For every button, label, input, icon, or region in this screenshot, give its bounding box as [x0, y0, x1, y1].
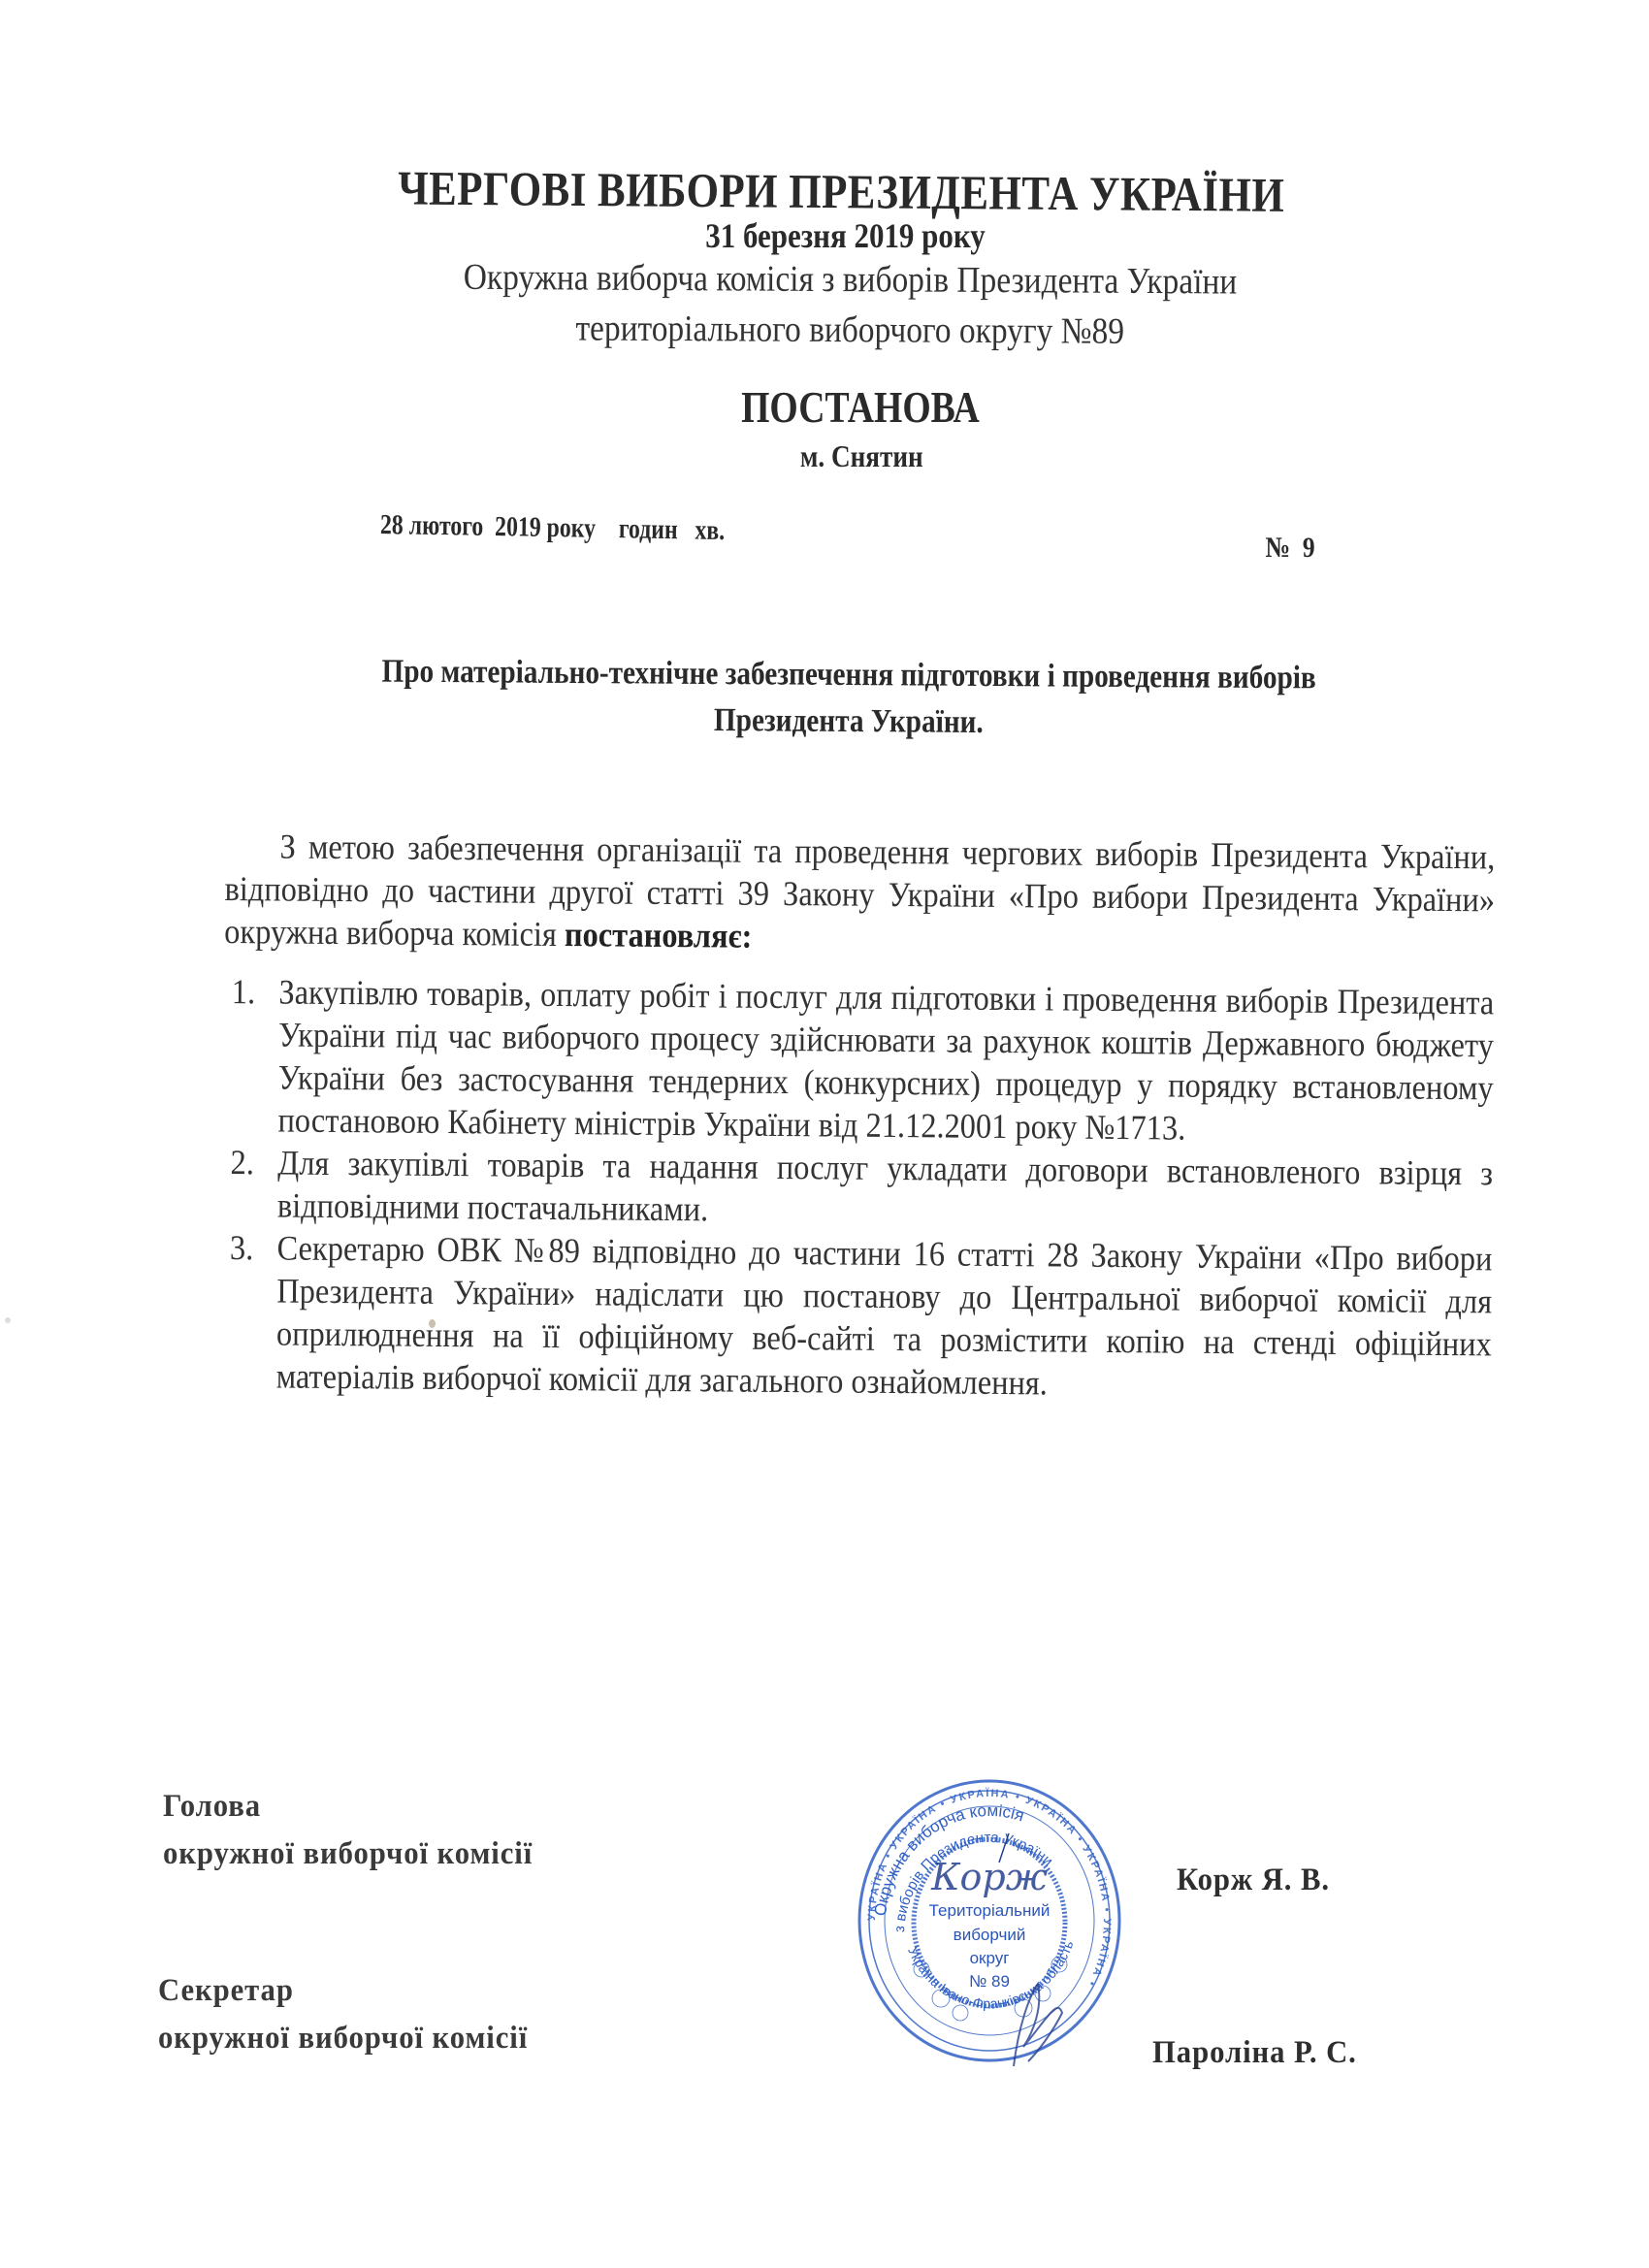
secretary-title: Секретар [158, 1967, 528, 2015]
stamp-center-line-4: № 89 [969, 1972, 1010, 1991]
commission-name: Окружна виборча комісія з виборів Презид… [99, 250, 1550, 360]
chair-signature-block: Голова окружної виборчої комісії [163, 1783, 533, 1878]
document-city: м. Снятин [124, 438, 1526, 474]
chair-subtitle: окружної виборчої комісії [163, 1831, 533, 1878]
commission-line-2: територіального виборчого округу №89 [150, 301, 1550, 360]
stamp-center-line-3: округ [970, 1949, 1010, 1967]
secretary-subtitle: окружної виборчої комісії [158, 2015, 528, 2062]
official-stamp: УКРАЇНА • УКРАЇНА • УКРАЇНА • УКРАЇНА • … [854, 1775, 1125, 2066]
resolution-number: № 9 [1266, 532, 1315, 565]
decision-list: Закупівлю товарів, оплату робіт і послуг… [221, 970, 1495, 1408]
subject-line-1: Про матеріально-технічне забезпечення пі… [307, 648, 1391, 702]
stamp-center-line-2: виборчий [954, 1926, 1026, 1944]
decides-keyword: постановляє: [565, 915, 753, 956]
secretary-signature-block: Секретар окружної виборчої комісії [158, 1967, 528, 2062]
resolution-body: З метою забезпечення організації та пров… [221, 825, 1496, 1408]
chair-title: Голова [163, 1783, 533, 1831]
document-type: ПОСТАНОВА [148, 381, 1501, 433]
decision-item-3: Секретарю ОВК №89 відповідно до частини … [260, 1226, 1492, 1408]
commission-line-1: Окружна виборча комісія з виборів Презид… [150, 250, 1550, 309]
stamp-center-line-1: Територіальний [929, 1901, 1051, 1920]
scan-speck [429, 1319, 436, 1328]
secretary-name: Пароліна Р. С. [1152, 2035, 1357, 2071]
subject-line-2: Президента України. [307, 695, 1391, 749]
stamp-seal-icon: УКРАЇНА • УКРАЇНА • УКРАЇНА • УКРАЇНА • … [854, 1775, 1125, 2066]
resolution-date: 28 лютого 2019 року годин хв. [380, 509, 726, 547]
intro-paragraph: З метою забезпечення організації та пров… [224, 825, 1495, 963]
scan-speck [5, 1317, 11, 1323]
chair-handwritten-signature: Корж [930, 1856, 1048, 1898]
intro-text: З метою забезпечення організації та пров… [224, 826, 1495, 953]
election-date: 31 березня 2019 року [115, 215, 1534, 256]
decision-item-1: Закупівлю товарів, оплату робіт і послуг… [262, 970, 1494, 1151]
chair-name: Корж Я. В. [1177, 1863, 1330, 1898]
resolution-subject: Про матеріально-технічне забезпечення пі… [307, 648, 1391, 749]
decision-item-2: Для закупівлі товарів та надання послуг … [262, 1141, 1494, 1237]
